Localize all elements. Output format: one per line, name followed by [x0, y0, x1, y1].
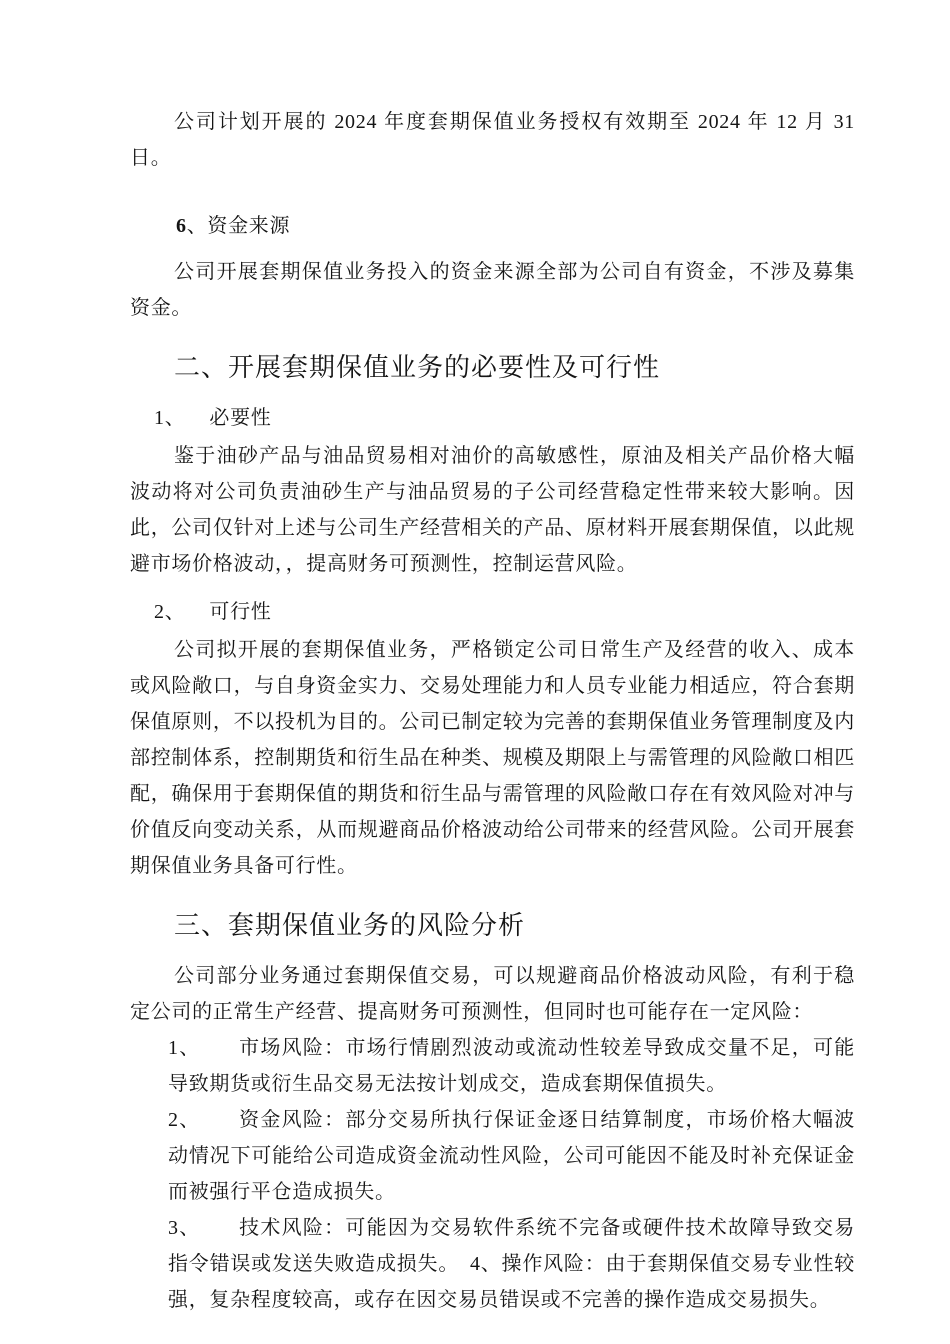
funding-section-separator: 、: [187, 215, 208, 237]
risk-item-technical-text: 技术风险：可能因为交易软件系统不完备或硬件技术故障导致交易指令错误或发送失败造成…: [168, 1217, 855, 1311]
risk-item-technical-operational: 3、技术风险：可能因为交易软件系统不完备或硬件技术故障导致交易指令错误或发送失败…: [168, 1210, 855, 1318]
heading-risk-analysis: 三、套期保值业务的风险分析: [174, 906, 855, 946]
risk-item-market-number: 1、: [168, 1037, 201, 1059]
subheading-feasibility: 2、可行性: [154, 594, 855, 630]
risk-item-capital: 2、资金风险：部分交易所执行保证金逐日结算制度，市场价格大幅波动情况下可能给公司…: [168, 1102, 855, 1210]
funding-section-number: 6: [176, 215, 187, 237]
section-heading-funding-source: 6、资金来源: [176, 208, 855, 244]
risk-item-capital-text: 资金风险：部分交易所执行保证金逐日结算制度，市场价格大幅波动情况下可能给公司造成…: [168, 1109, 855, 1203]
risk-item-market: 1、市场风险：市场行情剧烈波动或流动性较差导致成交量不足，可能导致期货或衍生品交…: [168, 1030, 855, 1102]
para-necessity: 鉴于油砂产品与油品贸易相对油价的高敏感性，原油及相关产品价格大幅波动将对公司负责…: [130, 438, 855, 582]
para-authorization-validity: 公司计划开展的 2024 年度套期保值业务授权有效期至 2024 年 12 月 …: [130, 104, 855, 176]
heading-necessity-feasibility: 二、开展套期保值业务的必要性及可行性: [174, 348, 855, 388]
para-feasibility: 公司拟开展的套期保值业务，严格锁定公司日常生产及经营的收入、成本或风险敞口，与自…: [130, 632, 855, 884]
subheading-feasibility-number: 2、: [154, 601, 185, 623]
risk-item-technical-number: 3、: [168, 1217, 201, 1239]
funding-section-title: 资金来源: [207, 215, 290, 237]
subheading-necessity-number: 1、: [154, 407, 185, 429]
para-funding-source: 公司开展套期保值业务投入的资金来源全部为公司自有资金，不涉及募集资金。: [130, 254, 855, 326]
subheading-necessity: 1、必要性: [154, 400, 855, 436]
risk-item-market-text: 市场风险：市场行情剧烈波动或流动性较差导致成交量不足，可能导致期货或衍生品交易无…: [168, 1037, 855, 1095]
subheading-feasibility-title: 可行性: [209, 601, 271, 623]
para-risk-intro: 公司部分业务通过套期保值交易，可以规避商品价格波动风险，有利于稳定公司的正常生产…: [130, 958, 855, 1030]
risk-item-capital-number: 2、: [168, 1109, 201, 1131]
document-content: 公司计划开展的 2024 年度套期保值业务授权有效期至 2024 年 12 月 …: [130, 104, 855, 1318]
subheading-necessity-title: 必要性: [209, 407, 271, 429]
document-page: 公司计划开展的 2024 年度套期保值业务授权有效期至 2024 年 12 月 …: [0, 0, 950, 1344]
